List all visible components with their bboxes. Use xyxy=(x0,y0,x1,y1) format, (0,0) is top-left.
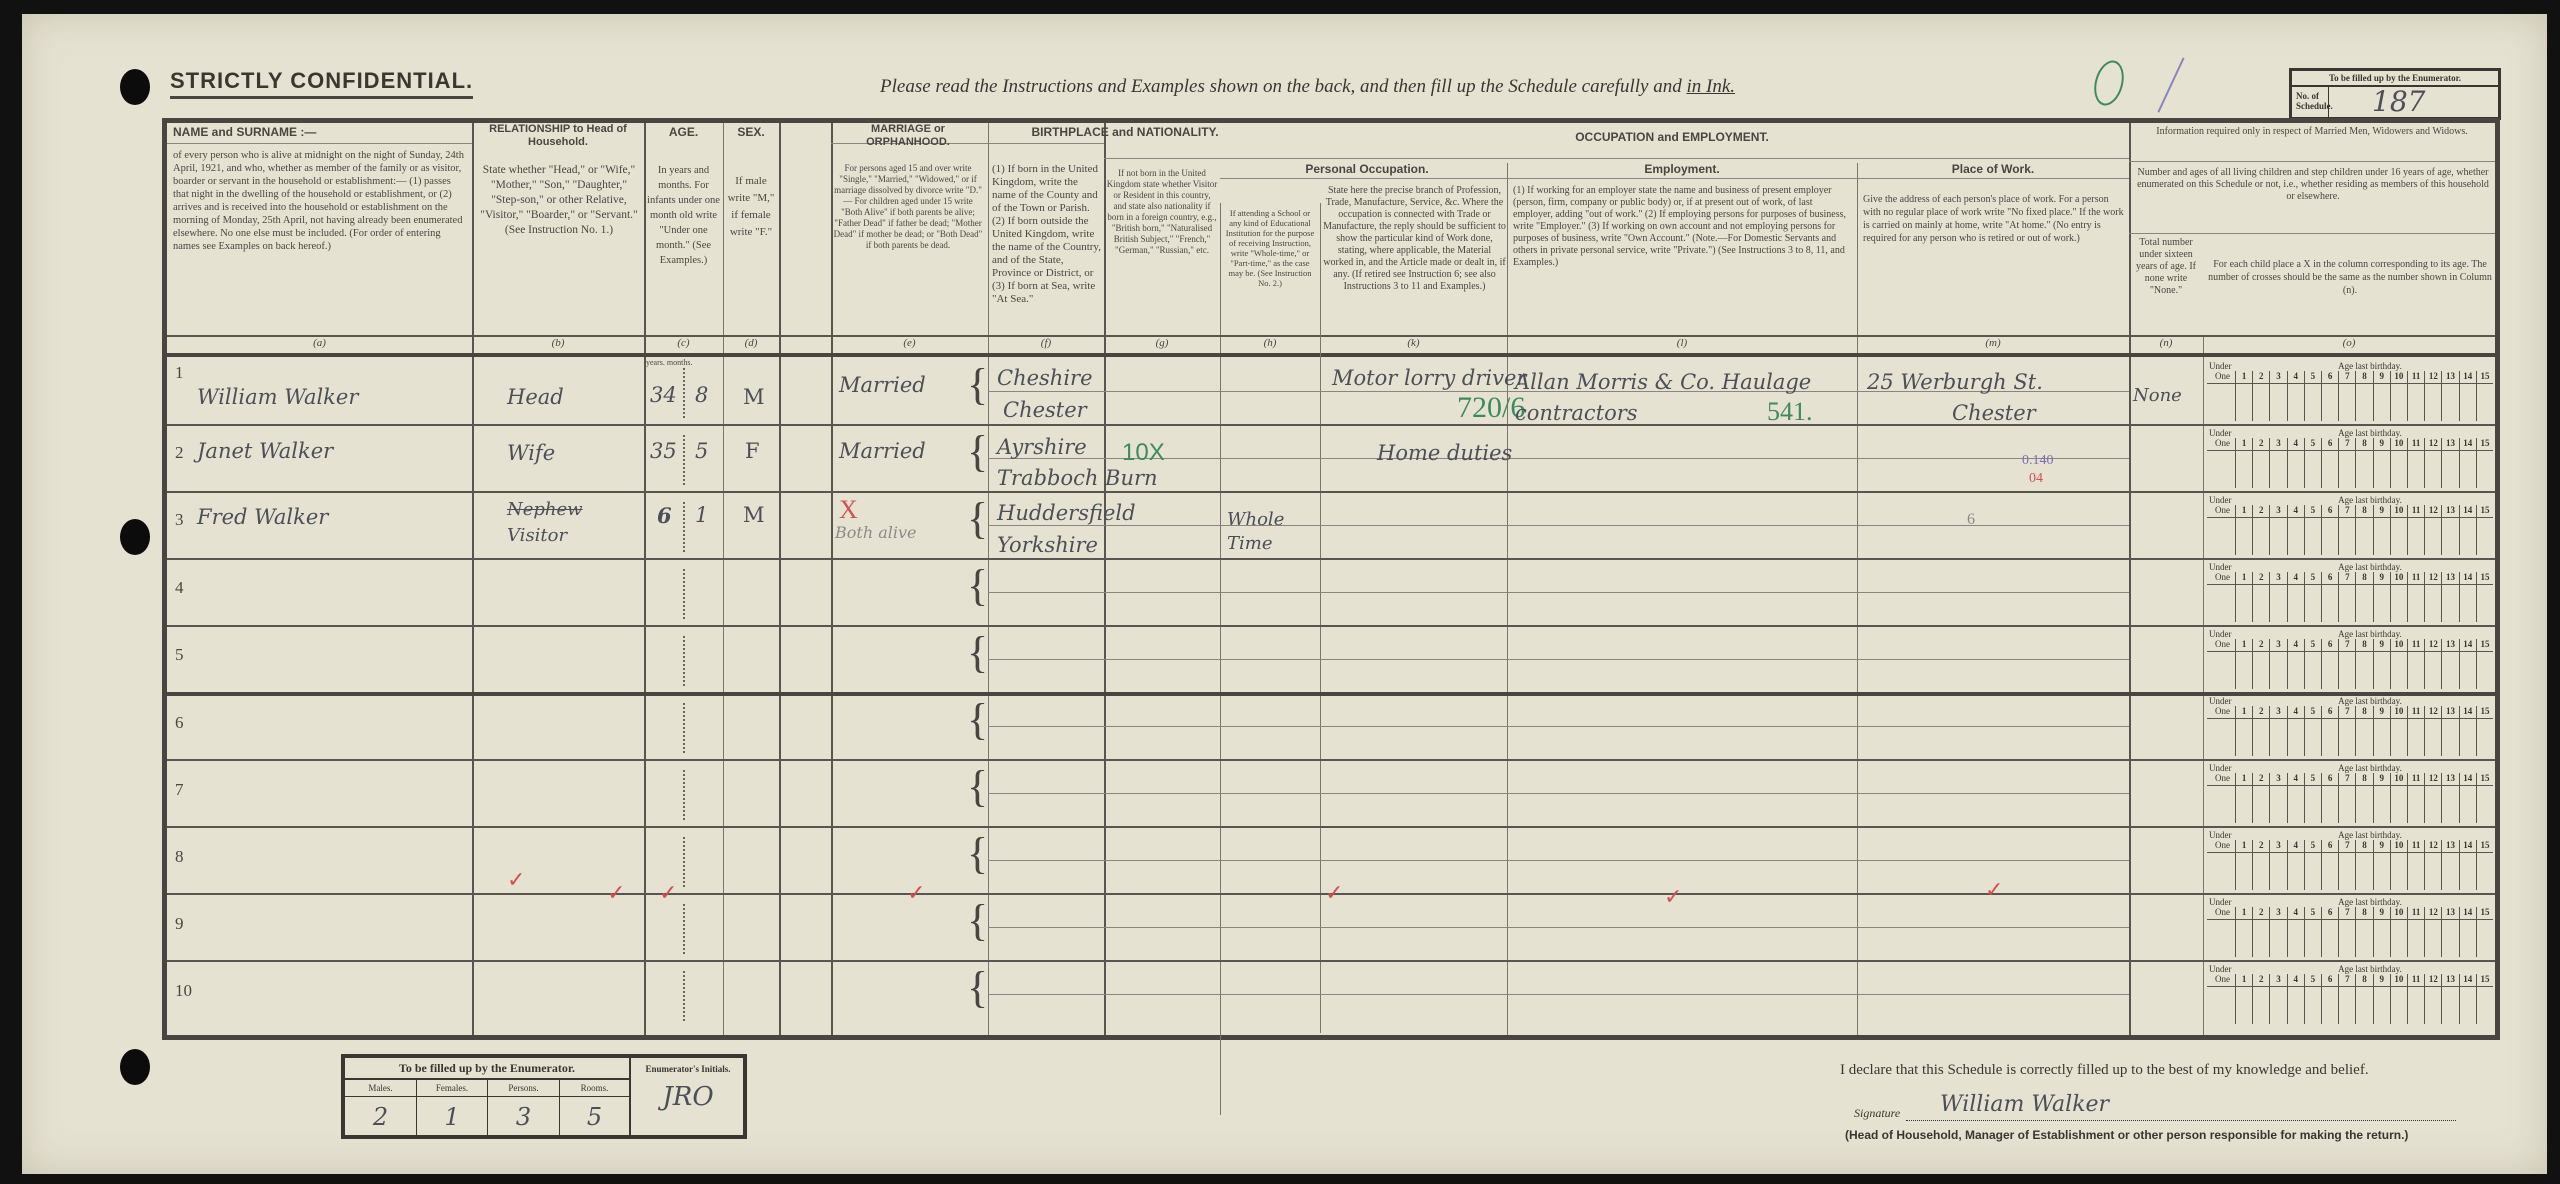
name-field: William Walker xyxy=(197,385,358,409)
age-grid: UnderOneAge last birthday.12345678910111… xyxy=(2207,828,2493,891)
age-years-field: 34 xyxy=(650,383,677,407)
rooms-count: 5 xyxy=(560,1097,629,1137)
age-years-field: 6 xyxy=(657,503,672,528)
birthplace-town: Trabboch Burn xyxy=(997,466,1158,490)
schedule-number: 187 xyxy=(2372,85,2425,118)
occupation-field: Motor lorry driver xyxy=(1332,366,1526,390)
signature: William Walker xyxy=(1940,1092,2109,1117)
relationship-field: Head xyxy=(507,385,564,409)
relationship-field: Wife xyxy=(507,441,555,465)
marriage-field: Married xyxy=(839,373,926,397)
sex-field: F xyxy=(745,439,760,463)
instruction-line: Please read the Instructions and Example… xyxy=(880,76,1735,98)
check-mark: ✓ xyxy=(1664,885,1682,910)
declaration-text: I declare that this Schedule is correctl… xyxy=(1840,1062,2369,1079)
check-mark: ✓ xyxy=(507,868,525,893)
relationship-field: Visitor xyxy=(507,525,567,546)
employer-field: Allan Morris & Co. Haulage xyxy=(1515,370,1811,394)
age-months-field: 1 xyxy=(695,503,708,527)
education-field: Whole xyxy=(1227,509,1284,530)
age-grid: UnderOneAge last birthday.12345678910111… xyxy=(2207,359,2493,422)
birthplace-town: Chester xyxy=(1003,398,1087,422)
age-months-field: 5 xyxy=(695,439,708,463)
punch-hole xyxy=(120,519,150,555)
persons-count: 3 xyxy=(488,1097,559,1137)
check-mark: ✓ xyxy=(607,881,625,906)
workplace-field: 25 Werburgh St. xyxy=(1867,370,2043,394)
check-mark: ✓ xyxy=(659,881,677,906)
check-mark: ✓ xyxy=(907,881,925,906)
name-field: Janet Walker xyxy=(197,439,333,463)
workplace-code: 0.140 xyxy=(2022,453,2054,469)
males-count: 2 xyxy=(345,1097,416,1137)
workplace-code: 6 xyxy=(1967,511,1975,529)
age-grid: UnderOneAge last birthday.12345678910111… xyxy=(2207,627,2493,690)
punch-hole xyxy=(120,1049,150,1085)
age-years-field: 35 xyxy=(650,439,677,463)
age-grid: UnderOneAge last birthday.12345678910111… xyxy=(2207,895,2493,958)
name-field: Fred Walker xyxy=(197,505,328,529)
education-field-2: Time xyxy=(1227,533,1272,554)
check-mark: ✓ xyxy=(1325,881,1343,906)
nationality-code: 10X xyxy=(1122,439,1165,467)
females-count: 1 xyxy=(417,1097,487,1137)
punch-hole xyxy=(120,69,150,105)
age-grid: UnderOneAge last birthday.12345678910111… xyxy=(2207,962,2493,1025)
age-grid: UnderOneAge last birthday.12345678910111… xyxy=(2207,694,2493,757)
enumerator-initials: JRO xyxy=(633,1082,743,1112)
birthplace-town: Huddersfield xyxy=(997,501,1136,525)
children-total-field: None xyxy=(2133,385,2182,406)
employer-field-2: contractors xyxy=(1515,401,1638,425)
marriage-field: Both alive xyxy=(835,523,917,542)
workplace-field-2: Chester xyxy=(1952,401,2036,425)
strictly-confidential-title: STRICTLY CONFIDENTIAL. xyxy=(170,68,473,99)
census-table: NAME and SURNAME :— of every person who … xyxy=(162,118,2500,1040)
birthplace-county: Yorkshire xyxy=(997,533,1098,557)
occupation-field: Home duties xyxy=(1377,441,1512,465)
age-grid: UnderOneAge last birthday.12345678910111… xyxy=(2207,493,2493,556)
workplace-code-2: 04 xyxy=(2029,471,2043,487)
sex-field: M xyxy=(743,503,765,527)
employment-code: 541. xyxy=(1767,397,1813,427)
relationship-struck: Nephew xyxy=(507,499,583,520)
schedule-number-box: To be filled up by the Enumerator. No. o… xyxy=(2289,68,2501,120)
marriage-field: Married xyxy=(839,439,926,463)
marriage-struck: X xyxy=(839,495,858,525)
birthplace-county: Ayrshire xyxy=(997,435,1087,459)
enumerator-totals-box: To be filled up by the Enumerator. Males… xyxy=(341,1054,747,1139)
age-grid: UnderOneAge last birthday.12345678910111… xyxy=(2207,761,2493,824)
check-mark: ✓ xyxy=(1985,878,2003,903)
age-grid: UnderOneAge last birthday.12345678910111… xyxy=(2207,426,2493,489)
signature-note: (Head of Household, Manager of Establish… xyxy=(1845,1128,2408,1142)
sex-field: M xyxy=(743,385,765,409)
age-grid: UnderOneAge last birthday.12345678910111… xyxy=(2207,560,2493,623)
birthplace-county: Cheshire xyxy=(997,366,1093,390)
age-months-field: 8 xyxy=(695,383,708,407)
